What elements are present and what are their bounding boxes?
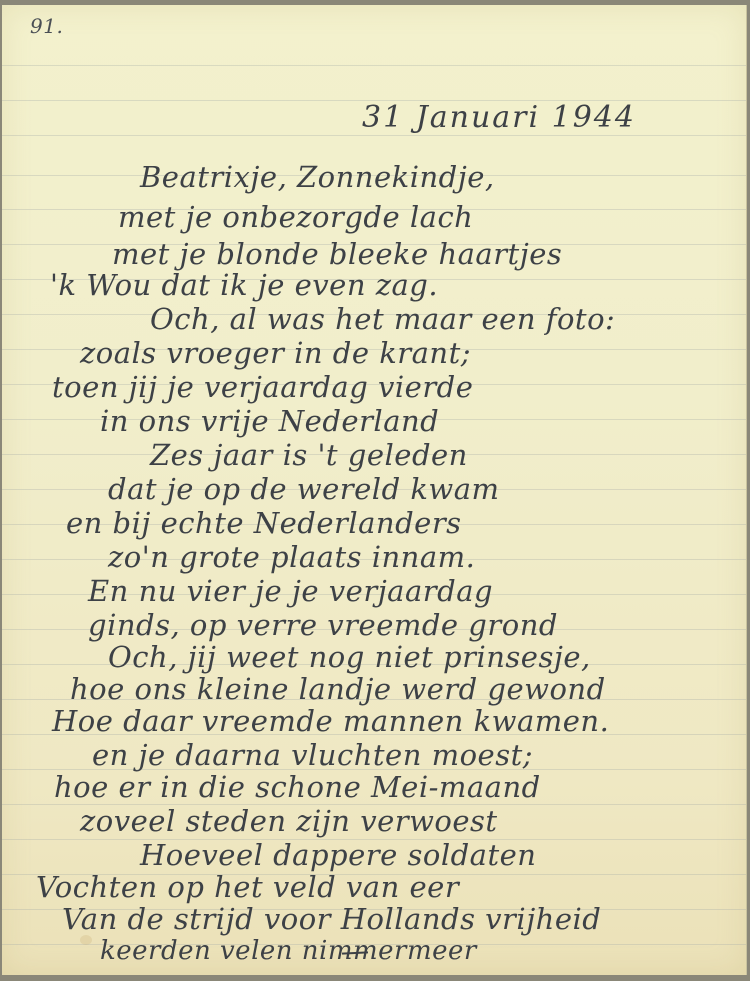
poem-line: zoals vroeger in de krant; (80, 336, 471, 370)
poem-line: zo'n grote plaats innam. (108, 540, 475, 574)
poem-line: Beatrixje, Zonnekindje, (140, 160, 495, 194)
poem-line: dat je op de wereld kwam (108, 472, 500, 506)
poem-line: keerden velen nimmermeer (100, 936, 477, 966)
paper-stain (80, 935, 92, 945)
poem-line: Och, jij weet nog niet prinsesje, (108, 640, 591, 674)
poem-line: hoe ons kleine landje werd gewond (70, 672, 606, 706)
poem-line: Hoeveel dappere soldaten (140, 838, 536, 872)
ruled-line (2, 65, 746, 66)
poem-line: toen jij je verjaardag vierde (52, 370, 473, 404)
letter-date: 31 Januari 1944 (362, 100, 636, 135)
poem-line: en je daarna vluchten moest; (92, 738, 533, 772)
poem-line: Och, al was het maar een foto: (150, 302, 615, 336)
poem-line: met je blonde bleeke haartjes (112, 237, 562, 271)
poem-line: in ons vrije Nederland (100, 404, 439, 438)
poem-line: met je onbezorgde lach (118, 200, 473, 234)
poem-line: zoveel steden zijn verwoest (80, 804, 498, 838)
poem-line: Hoe daar vreemde mannen kwamen. (52, 704, 609, 738)
page-number: 91. (30, 14, 63, 38)
poem-line: Zes jaar is 't geleden (150, 438, 468, 472)
poem-line: Van de strijd voor Hollands vrijheid (62, 902, 601, 936)
poem-line: en bij echte Nederlanders (66, 506, 462, 540)
poem-line: hoe er in die schone Mei-maand (54, 770, 541, 804)
poem-line: 'k Wou dat ik je even zag. (50, 268, 438, 302)
poem-line: En nu vier je je verjaardag (88, 574, 493, 608)
poem-line: Vochten op het veld van eer (36, 870, 459, 904)
ruled-line (2, 135, 746, 136)
poem-line: ginds, op verre vreemde grond (88, 608, 558, 642)
